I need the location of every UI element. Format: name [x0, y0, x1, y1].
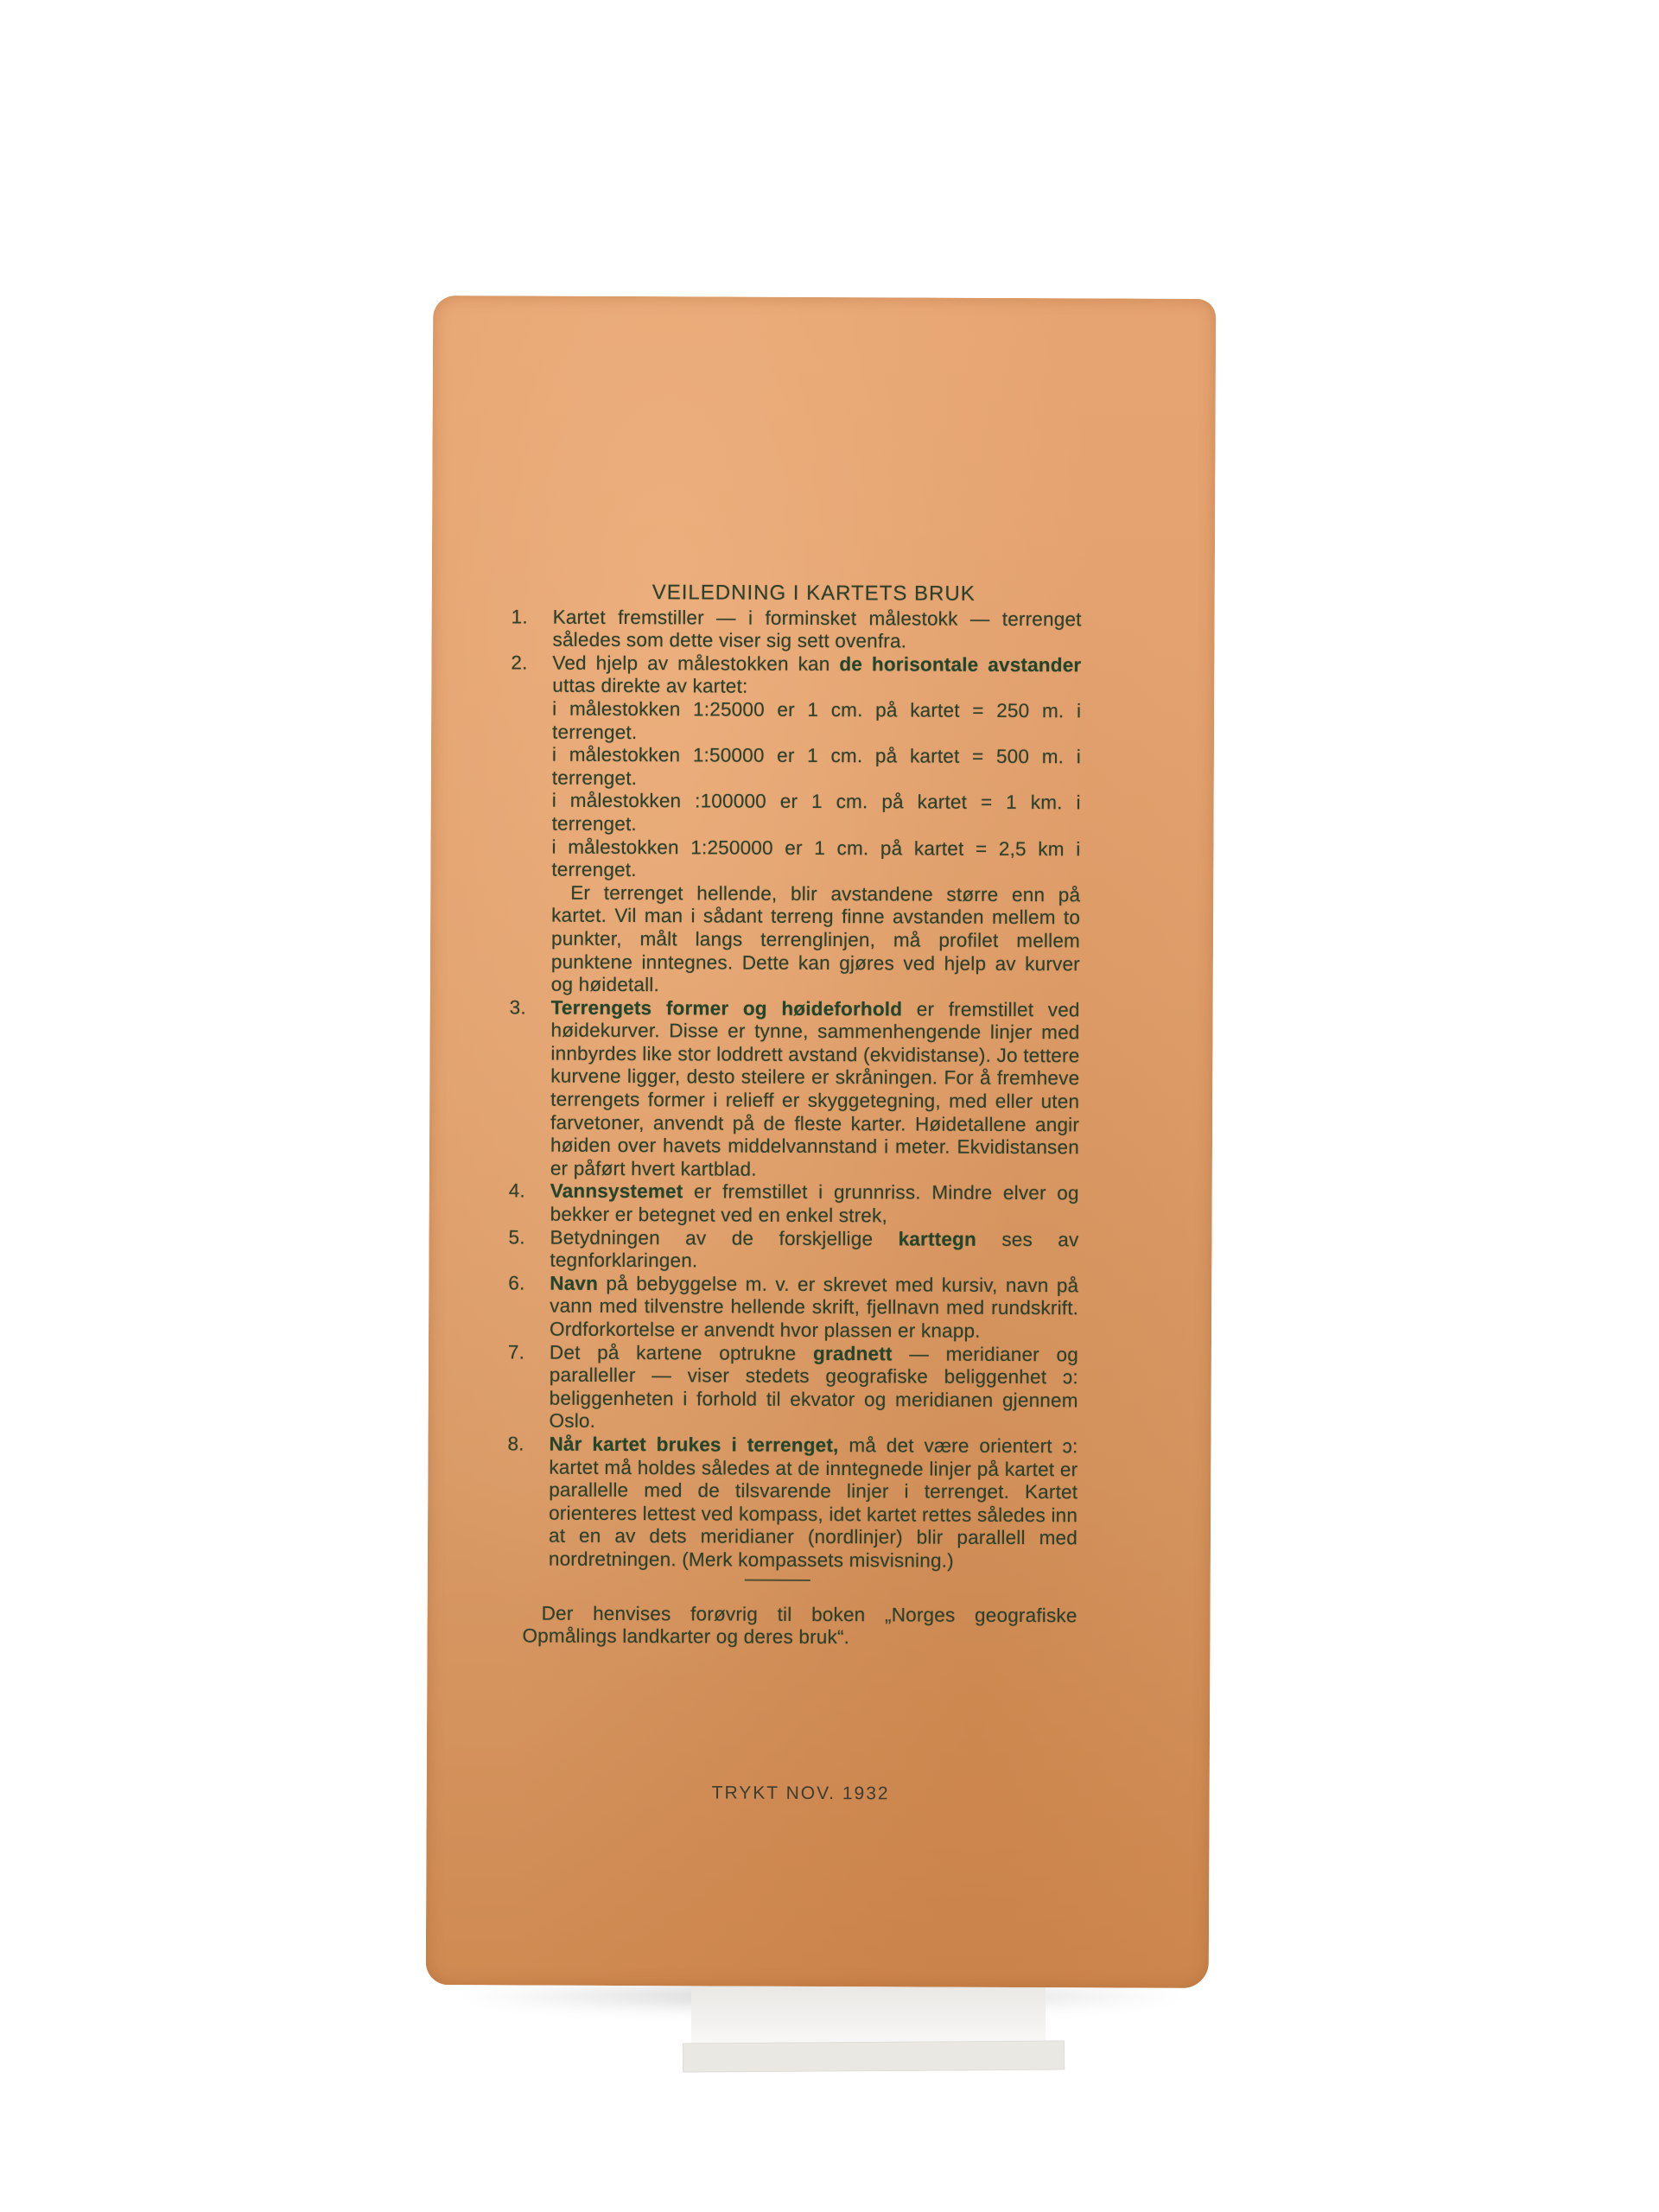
item-text: Kartet fremstiller — i forminsket målest…	[552, 606, 1081, 654]
item-text: Det på kartene optrukne gradnett — merid…	[550, 1341, 1078, 1435]
item-number: 4.	[509, 1180, 550, 1226]
list-item-8: 8. Når kartet brukes i terrenget, må det…	[507, 1433, 1078, 1573]
instructions-text: VEILEDNING I KARTETS BRUK 1. Kartet frem…	[506, 581, 1081, 1650]
list-item-5: 5. Betydningen av de forskjellige kartte…	[508, 1226, 1078, 1274]
list-item-1: 1. Kartet fremstiller — i forminsket mål…	[511, 606, 1081, 654]
list-item-4: 4. Vannsystemet er fremstillet i grunnri…	[509, 1180, 1079, 1229]
item-text: Terrengets former og høideforhold er fre…	[550, 996, 1080, 1182]
divider	[745, 1579, 810, 1580]
scale-line: i målestokken 1:250000 er 1 cm. på karte…	[551, 836, 1080, 884]
scale-line: i målestokken :100000 er 1 cm. på kartet…	[552, 790, 1081, 838]
scale-line: i målestokken 1:25000 er 1 cm. på kartet…	[552, 698, 1081, 747]
list-item-3: 3. Terrengets former og høideforhold er …	[509, 996, 1080, 1183]
item-number: 2.	[510, 652, 553, 996]
reference-note: Der henvises forøvrig til boken „Norges …	[522, 1602, 1077, 1650]
item-number: 6.	[508, 1272, 550, 1341]
scale-line: i målestokken 1:50000 er 1 cm. på kartet…	[552, 744, 1081, 792]
list-item-7: 7. Det på kartene optrukne gradnett — me…	[508, 1341, 1078, 1435]
item-text: Betydningen av de forskjellige karttegn …	[550, 1226, 1078, 1274]
map-cover-back: VEILEDNING I KARTETS BRUK 1. Kartet frem…	[426, 296, 1217, 1988]
document-title: VEILEDNING I KARTETS BRUK	[546, 582, 1082, 607]
list-item-6: 6. Navn på bebyggelse m. v. er skrevet m…	[508, 1272, 1078, 1344]
item-number: 5.	[508, 1226, 550, 1272]
item-number: 8.	[507, 1433, 550, 1571]
item-number: 7.	[508, 1341, 550, 1433]
item-text: Vannsystemet er fremstillet i grunnriss.…	[550, 1180, 1079, 1229]
acrylic-stand-base	[683, 2040, 1065, 2072]
item-note: Er terrenget hellende, blir avstandene s…	[551, 881, 1081, 999]
item-text: Navn på bebyggelse m. v. er skrevet med …	[550, 1272, 1078, 1343]
print-date: TRYKT NOV. 1932	[712, 1783, 890, 1804]
item-text: Ved hjelp av målestokken kan de horisont…	[552, 652, 1081, 700]
item-number: 1.	[511, 606, 552, 652]
item-text: Når kartet brukes i terrenget, må det væ…	[549, 1433, 1078, 1573]
item-number: 3.	[509, 996, 551, 1180]
list-item-2: 2. Ved hjelp av målestokken kan de horis…	[510, 652, 1082, 999]
